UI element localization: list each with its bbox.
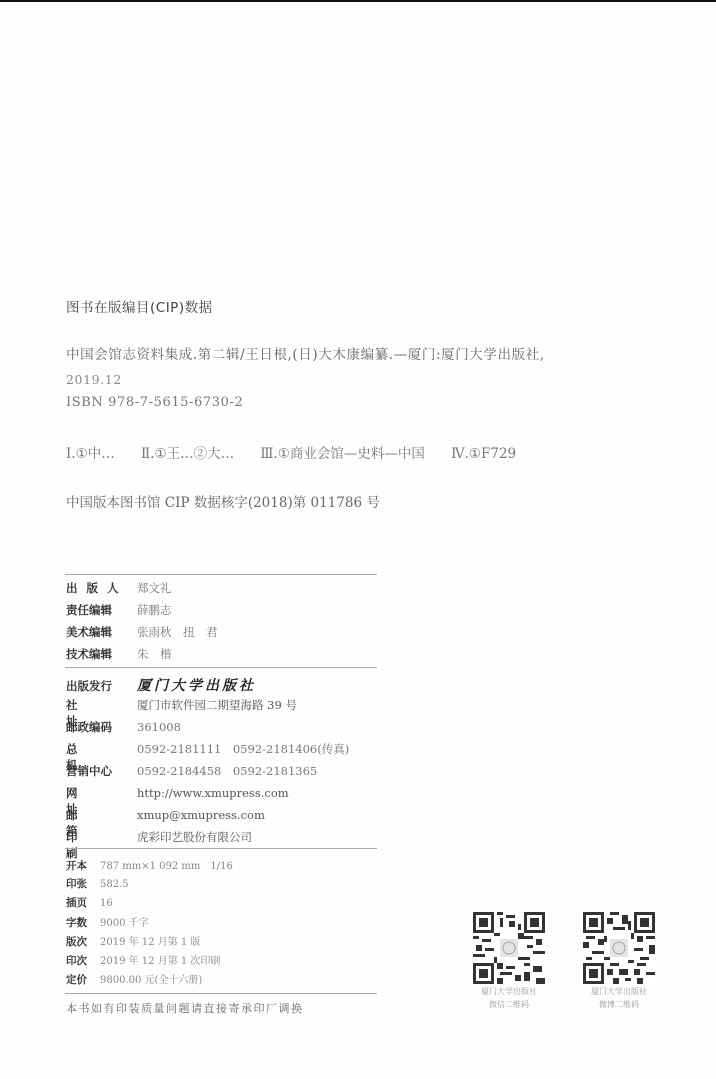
spec-value: 9800.00 元(全十六册) [100,971,202,986]
page-top-border [0,0,716,2]
cip-classification: Ⅰ.①中… Ⅱ.①王…②大… Ⅲ.①商业会馆—史料—中国 Ⅳ.①F729 [66,442,538,462]
staff-value: 郑文礼 [137,580,172,596]
spec-value: 2019 年 12 月第 1 次印刷 [100,952,220,967]
divider [65,993,377,994]
cip-class-1: Ⅰ.①中… [66,446,115,462]
staff-value: 张雨秋 扭 君 [137,624,218,640]
spec-row: 插页 16 [66,895,233,914]
spec-label: 印次 [66,953,96,968]
staff-table: 出版人 郑文礼 责任编辑 薛鹏志 美术编辑 张雨秋 扭 君 技术编辑 朱 楷 [66,580,218,668]
staff-value: 薛鹏志 [137,602,172,618]
staff-row: 美术编辑 张雨秋 扭 君 [66,624,218,646]
publisher-logo-name: 厦门大学出版社 [137,675,256,695]
cip-date-line: 2019.12 [66,372,122,387]
cip-title-line: 中国会馆志资料集成.第二辑/王日根,(日)大木康编纂.—厦门:厦门大学出版社, [66,343,545,363]
publisher-row: 总机 0592-2181111 0592-2181406(传真) [66,741,349,763]
publisher-email[interactable]: xmup@xmupress.com [137,808,265,822]
divider [65,848,377,849]
cip-class-2: Ⅱ.①王…②大… [141,446,234,462]
publisher-row: 出版发行 厦门大学出版社 [66,675,349,697]
publisher-value: 虎彩印艺股份有限公司 [137,829,252,845]
qr-caption-line1: 厦门大学出版社 [468,986,550,997]
publisher-row: 邮政编码 361008 [66,719,349,741]
spec-label: 印张 [66,876,96,891]
staff-value: 朱 楷 [137,646,172,662]
spec-label: 开本 [66,858,96,873]
publisher-website[interactable]: http://www.xmupress.com [137,786,289,800]
spec-value: 787 mm×1 092 mm 1/16 [100,857,233,872]
spec-row: 印次 2019 年 12 月第 1 次印刷 [66,952,233,971]
spec-value: 16 [100,898,113,909]
publisher-table: 出版发行 厦门大学出版社 社址 厦门市软件园二期望海路 39 号 邮政编码 36… [66,675,349,851]
publisher-value: 361008 [137,720,181,734]
spec-row: 印张 582.5 [66,876,233,895]
publisher-value: 0592-2181111 0592-2181406(传真) [137,741,349,757]
publisher-label: 营销中心 [66,763,132,779]
spec-value: 9000 千字 [100,914,149,929]
publisher-row: 营销中心 0592-2184458 0592-2181365 [66,763,349,785]
publisher-value: 0592-2184458 0592-2181365 [137,763,317,779]
spec-label: 定价 [66,972,96,987]
divider [65,667,377,668]
spec-row: 版次 2019 年 12 月第 1 版 [66,933,233,952]
spec-row: 开本 787 mm×1 092 mm 1/16 [66,857,233,876]
spec-value: 582.5 [100,879,129,890]
print-quality-notice: 本书如有印装质量问题请直接寄承印厂调换 [66,1000,304,1016]
qr-block-weibo: 厦门大学出版社 微博二维码 [578,912,660,1010]
staff-row: 责任编辑 薛鹏志 [66,602,218,624]
publisher-value: 厦门市软件园二期望海路 39 号 [137,697,297,713]
qr-caption-line2: 微信二维码 [468,999,550,1010]
qr-caption-line2: 微博二维码 [578,999,660,1010]
cip-isbn-line: ISBN 978-7-5615-6730-2 [66,395,243,410]
spec-row: 字数 9000 千字 [66,914,233,933]
staff-row: 出版人 郑文礼 [66,580,218,602]
specs-table: 开本 787 mm×1 092 mm 1/16 印张 582.5 插页 16 字… [66,857,233,990]
staff-row: 技术编辑 朱 楷 [66,646,218,668]
publisher-row: 社址 厦门市软件园二期望海路 39 号 [66,697,349,719]
spec-row: 定价 9800.00 元(全十六册) [66,971,233,990]
qr-caption-line1: 厦门大学出版社 [578,986,660,997]
spec-label: 版次 [66,934,96,949]
staff-label: 出版人 [66,580,132,596]
staff-label: 技术编辑 [66,646,132,662]
divider [65,574,377,575]
cip-class-4: Ⅳ.①F729 [451,446,516,462]
wechat-qr-icon[interactable] [473,912,545,984]
spec-label: 插页 [66,895,96,910]
publisher-row: 网址 http://www.xmupress.com [66,785,349,807]
staff-label: 责任编辑 [66,602,132,618]
cip-approval-number: 中国版本图书馆 CIP 数据核字(2018)第 011786 号 [66,491,380,511]
publisher-row: 邮箱 xmup@xmupress.com [66,807,349,829]
publisher-label: 出版发行 [66,678,132,694]
weibo-qr-icon[interactable] [583,912,655,984]
publisher-label: 邮政编码 [66,719,132,735]
qr-block-wechat: 厦门大学出版社 微信二维码 [468,912,550,1010]
spec-label: 字数 [66,915,96,930]
cip-class-3: Ⅲ.①商业会馆—史料—中国 [260,446,424,462]
staff-label: 美术编辑 [66,624,132,640]
cip-heading: 图书在版编目(CIP)数据 [66,296,213,316]
spec-value: 2019 年 12 月第 1 版 [100,933,200,948]
